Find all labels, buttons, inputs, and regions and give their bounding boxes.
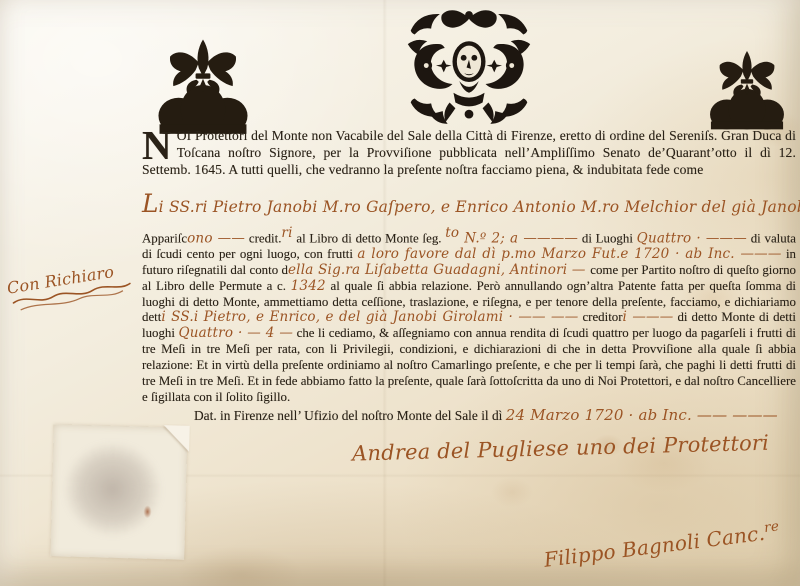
handwritten-insertion: ono —— <box>187 230 245 246</box>
signature-cancelliere-text: Filippo Bagnoli Canc. <box>543 521 767 572</box>
seal-patch <box>50 424 187 559</box>
handwritten-date: 24 Marzo 1720 · ab Inc. —— ——— <box>506 406 778 424</box>
printed-text-segment: di Luoghi <box>578 231 637 245</box>
printed-text-segment: credit. <box>245 231 281 245</box>
text-column: NOI Protettori del Monte non Vacabile de… <box>142 127 796 424</box>
handwritten-insertion: Quattro · ——— <box>637 230 747 246</box>
document-scan: Con Richiaro NOI Protettori del Monte no… <box>0 0 800 586</box>
printed-text-segment: Appariſc <box>142 231 187 245</box>
drop-cap-initial: N <box>142 127 177 161</box>
fleur-de-lis-mounds-icon <box>703 40 791 136</box>
opening-paragraph: NOI Protettori del Monte non Vacabile de… <box>142 127 796 179</box>
handwritten-insertion: i ——— <box>623 309 674 325</box>
handwritten-insertion: 1342 <box>291 278 326 294</box>
seal-stain <box>59 438 166 541</box>
folded-corner <box>163 425 190 452</box>
body-paragraph: Appariſcono —— credit.ri al Libro di det… <box>142 226 796 406</box>
margin-annotation: Con Richiaro <box>6 258 147 320</box>
handwritten-insertion: ella Sig.ra Liſabetta Guadagni, Antinori… <box>288 262 590 278</box>
inscribed-creditors-line: Li SS.ri Pietro Janobi M.ro Gaſpero, e E… <box>142 192 796 219</box>
signature-cancelliere-superscript: re <box>763 518 780 536</box>
handwritten-insertion: Quattro · — 4 — <box>179 325 294 341</box>
handwritten-insertion: N.º 2; a ———— <box>464 230 578 246</box>
signature-protettore: Andrea del Pugliese uno dei Protettori <box>352 430 782 465</box>
dateline-printed: Dat. in Firenze nell’ Ufizio del noſtro … <box>194 408 506 423</box>
handwritten-insertion: ri <box>281 225 292 241</box>
handwritten-insertion: a loro favore dal dì p.mo Marzo Fut.e 17… <box>357 246 781 262</box>
handwritten-insertion: i SS.i Pietro, e Enrico, e del già Janob… <box>161 309 578 325</box>
printed-text-segment: al Libro di detto Monte ſeg. <box>293 231 446 245</box>
signature-cancelliere: Filippo Bagnoli Canc.re <box>542 517 793 572</box>
printed-text-segment: creditor <box>578 310 622 324</box>
mask-cartouche-icon <box>401 5 537 128</box>
dateline: Dat. in Firenze nell’ Ufizio del noſtro … <box>142 407 796 424</box>
opening-text: OI Protettori del Monte non Vacabile del… <box>142 128 796 177</box>
handwritten-insertion: to <box>445 225 464 241</box>
